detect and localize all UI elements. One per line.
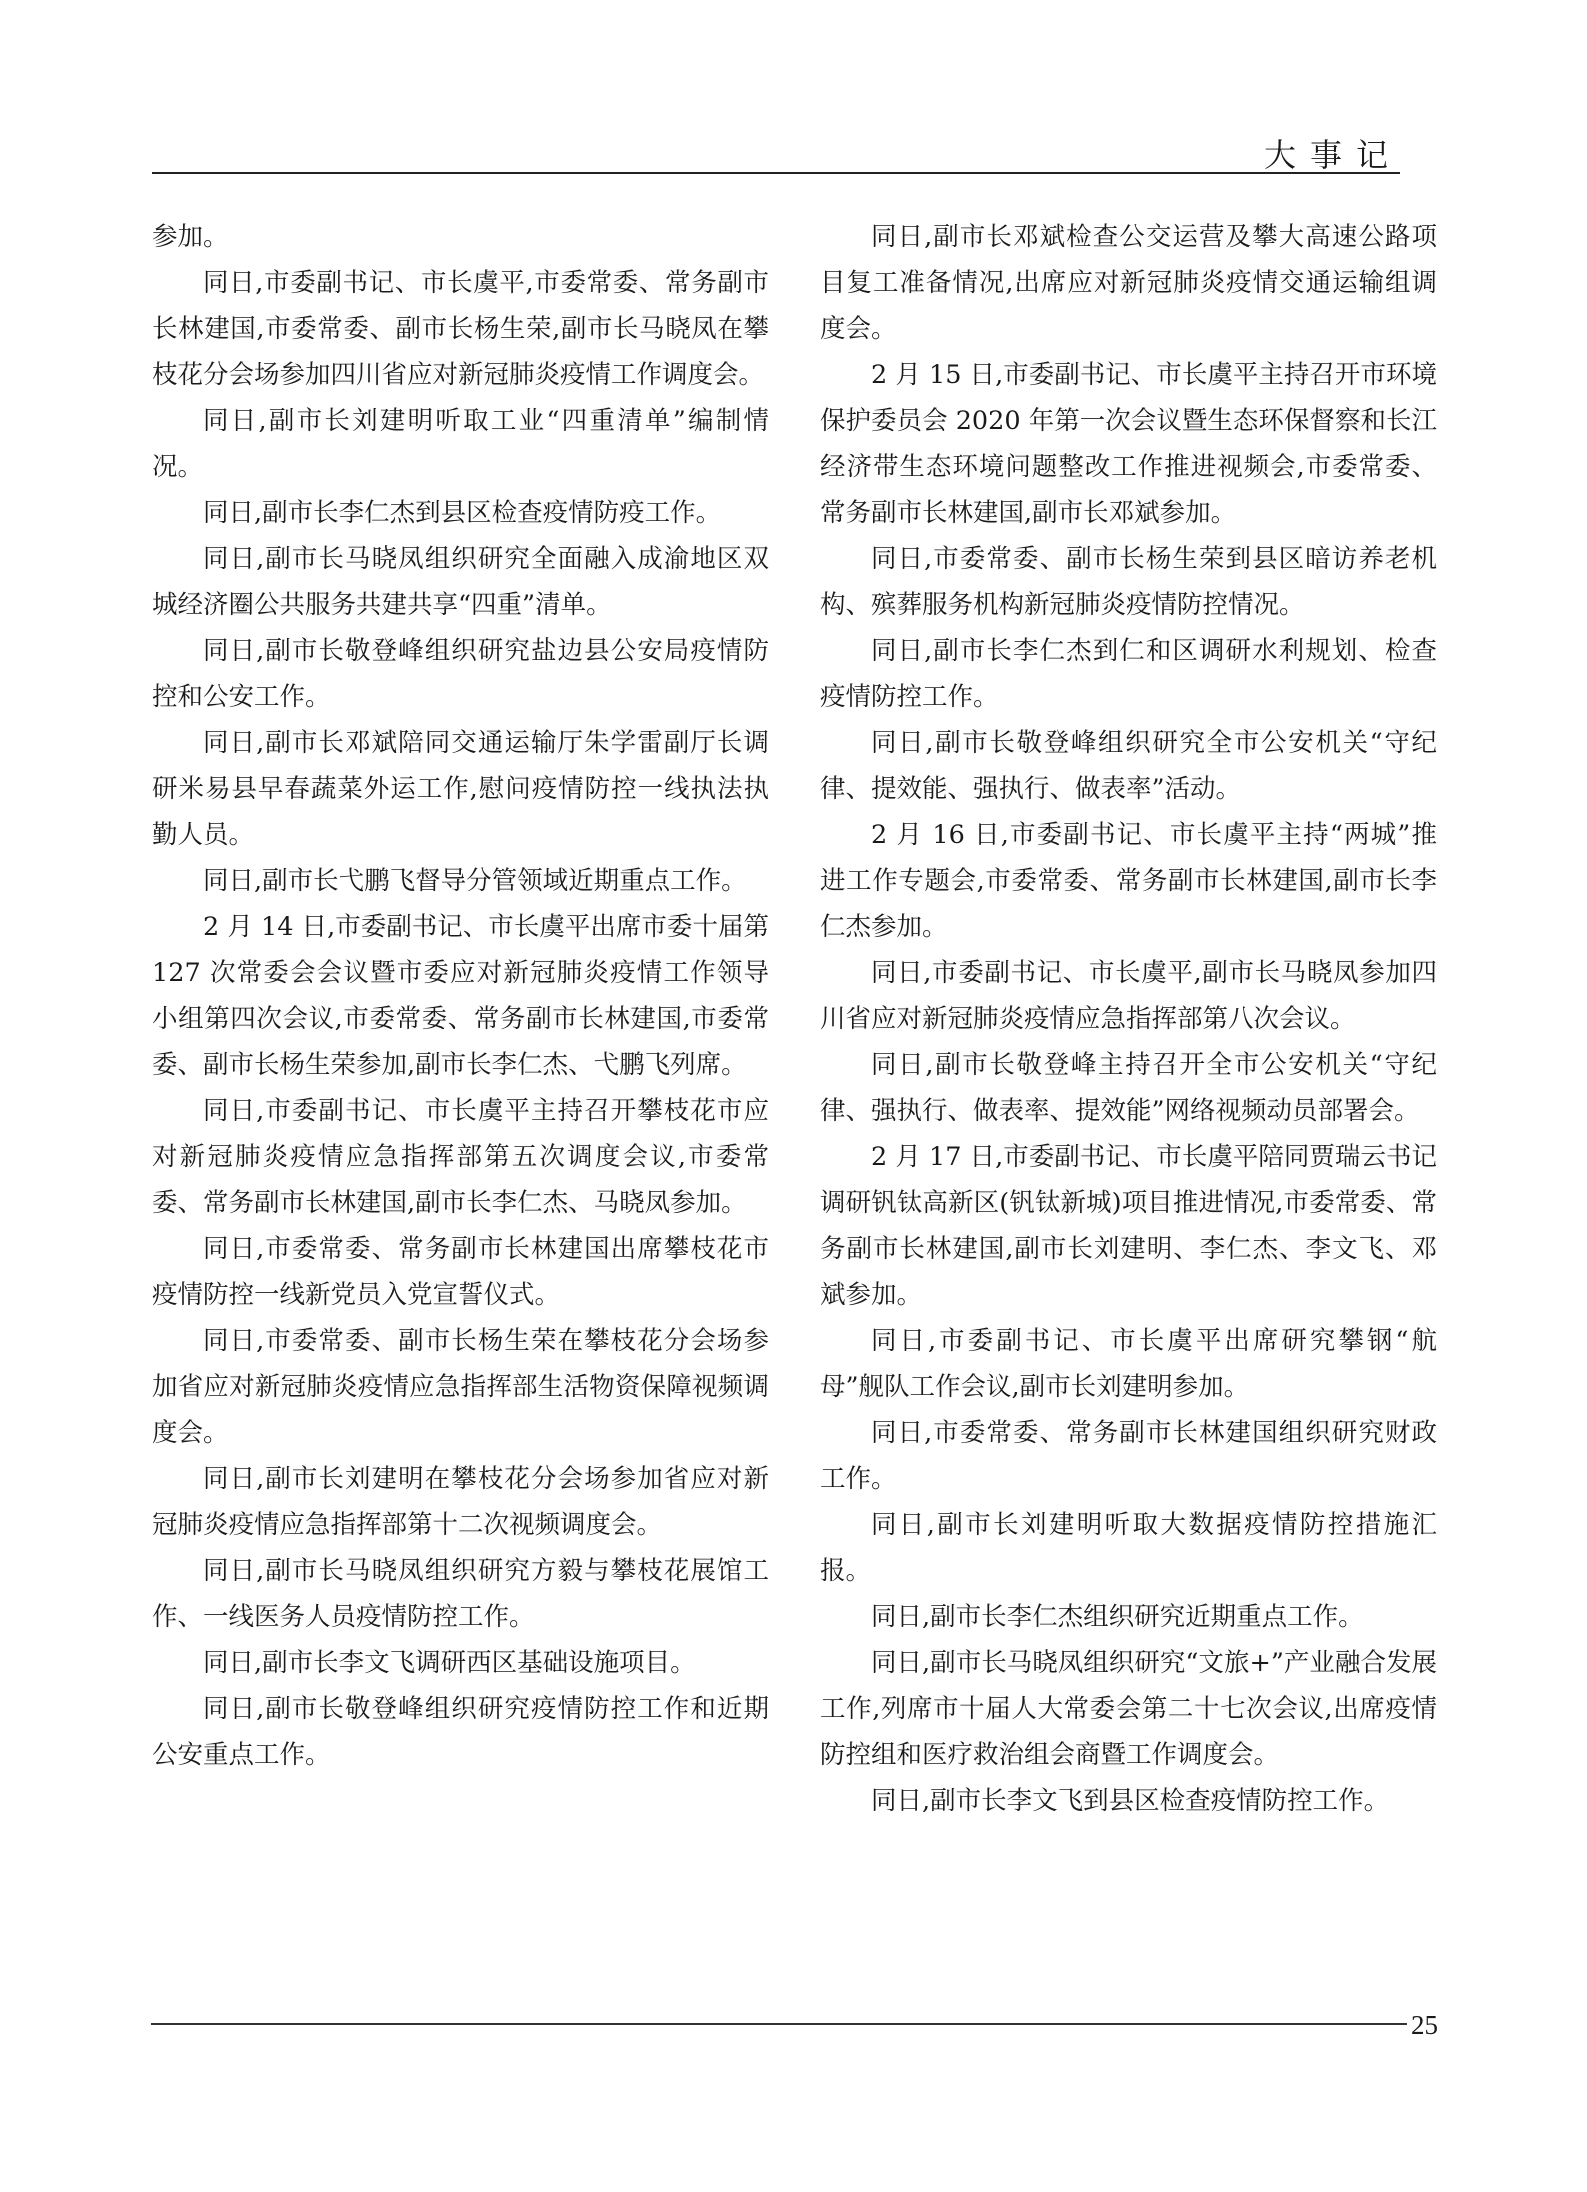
page-number: 25	[1411, 2010, 1438, 2041]
header-rule	[152, 172, 1400, 174]
paragraph: 同日,市委常委、常务副市长林建国出席攀枝花市疫情防控一线新党员入党宣誓仪式。	[152, 1226, 769, 1318]
left-column: 参加。 同日,市委副书记、市长虞平,市委常委、常务副市长林建国,市委常委、副市长…	[152, 214, 769, 1778]
footer-rule	[151, 2023, 1407, 2025]
paragraph: 同日,副市长刘建明在攀枝花分会场参加省应对新冠肺炎疫情应急指挥部第十二次视频调度…	[152, 1456, 769, 1548]
paragraph: 同日,副市长李文飞调研西区基础设施项目。	[152, 1640, 769, 1686]
paragraph: 同日,副市长邓斌检查公交运营及攀大高速公路项目复工准备情况,出席应对新冠肺炎疫情…	[820, 214, 1437, 352]
paragraph: 同日,市委副书记、市长虞平主持召开攀枝花市应对新冠肺炎疫情应急指挥部第五次调度会…	[152, 1088, 769, 1226]
paragraph: 2 月 16 日,市委副书记、市长虞平主持“两城”推进工作专题会,市委常委、常务…	[820, 812, 1437, 950]
paragraph: 同日,副市长敬登峰主持召开全市公安机关“守纪律、强执行、做表率、提效能”网络视频…	[820, 1042, 1437, 1134]
paragraph: 同日,副市长邓斌陪同交通运输厅朱学雷副厅长调研米易县早春蔬菜外运工作,慰问疫情防…	[152, 720, 769, 858]
paragraph: 同日,市委常委、副市长杨生荣到县区暗访养老机构、殡葬服务机构新冠肺炎疫情防控情况…	[820, 536, 1437, 628]
paragraph: 同日,市委常委、副市长杨生荣在攀枝花分会场参加省应对新冠肺炎疫情应急指挥部生活物…	[152, 1318, 769, 1456]
paragraph: 同日,副市长李仁杰到县区检查疫情防疫工作。	[152, 490, 769, 536]
paragraph: 同日,副市长李仁杰到仁和区调研水利规划、检查疫情防控工作。	[820, 628, 1437, 720]
paragraph: 同日,副市长李文飞到县区检查疫情防控工作。	[820, 1778, 1437, 1824]
paragraph: 同日,副市长敬登峰组织研究全市公安机关“守纪律、提效能、强执行、做表率”活动。	[820, 720, 1437, 812]
paragraph: 同日,副市长李仁杰组织研究近期重点工作。	[820, 1594, 1437, 1640]
paragraph: 2 月 15 日,市委副书记、市长虞平主持召开市环境保护委员会 2020 年第一…	[820, 352, 1437, 536]
running-head-title: 大事记	[0, 130, 1402, 176]
paragraph: 同日,副市长敬登峰组织研究疫情防控工作和近期公安重点工作。	[152, 1686, 769, 1778]
paragraph: 同日,副市长马晓凤组织研究全面融入成渝地区双城经济圈公共服务共建共享“四重”清单…	[152, 536, 769, 628]
paragraph: 同日,副市长刘建明听取工业“四重清单”编制情况。	[152, 398, 769, 490]
paragraph: 同日,副市长马晓凤组织研究“文旅+”产业融合发展工作,列席市十届人大常委会第二十…	[820, 1640, 1437, 1778]
paragraph: 同日,副市长弋鹏飞督导分管领域近期重点工作。	[152, 858, 769, 904]
paragraph: 同日,副市长刘建明听取大数据疫情防控措施汇报。	[820, 1502, 1437, 1594]
paragraph: 同日,市委副书记、市长虞平出席研究攀钢“航母”舰队工作会议,副市长刘建明参加。	[820, 1318, 1437, 1410]
paragraph: 同日,市委副书记、市长虞平,副市长马晓凤参加四川省应对新冠肺炎疫情应急指挥部第八…	[820, 950, 1437, 1042]
paragraph: 同日,市委常委、常务副市长林建国组织研究财政工作。	[820, 1410, 1437, 1502]
right-column: 同日,副市长邓斌检查公交运营及攀大高速公路项目复工准备情况,出席应对新冠肺炎疫情…	[820, 214, 1437, 1824]
paragraph: 同日,副市长马晓凤组织研究方毅与攀枝花展馆工作、一线医务人员疫情防控工作。	[152, 1548, 769, 1640]
paragraph: 2 月 14 日,市委副书记、市长虞平出席市委十届第 127 次常委会会议暨市委…	[152, 904, 769, 1088]
paragraph: 同日,副市长敬登峰组织研究盐边县公安局疫情防控和公安工作。	[152, 628, 769, 720]
paragraph: 同日,市委副书记、市长虞平,市委常委、常务副市长林建国,市委常委、副市长杨生荣,…	[152, 260, 769, 398]
paragraph: 参加。	[152, 214, 769, 260]
paragraph: 2 月 17 日,市委副书记、市长虞平陪同贾瑞云书记调研钒钛高新区(钒钛新城)项…	[820, 1134, 1437, 1318]
